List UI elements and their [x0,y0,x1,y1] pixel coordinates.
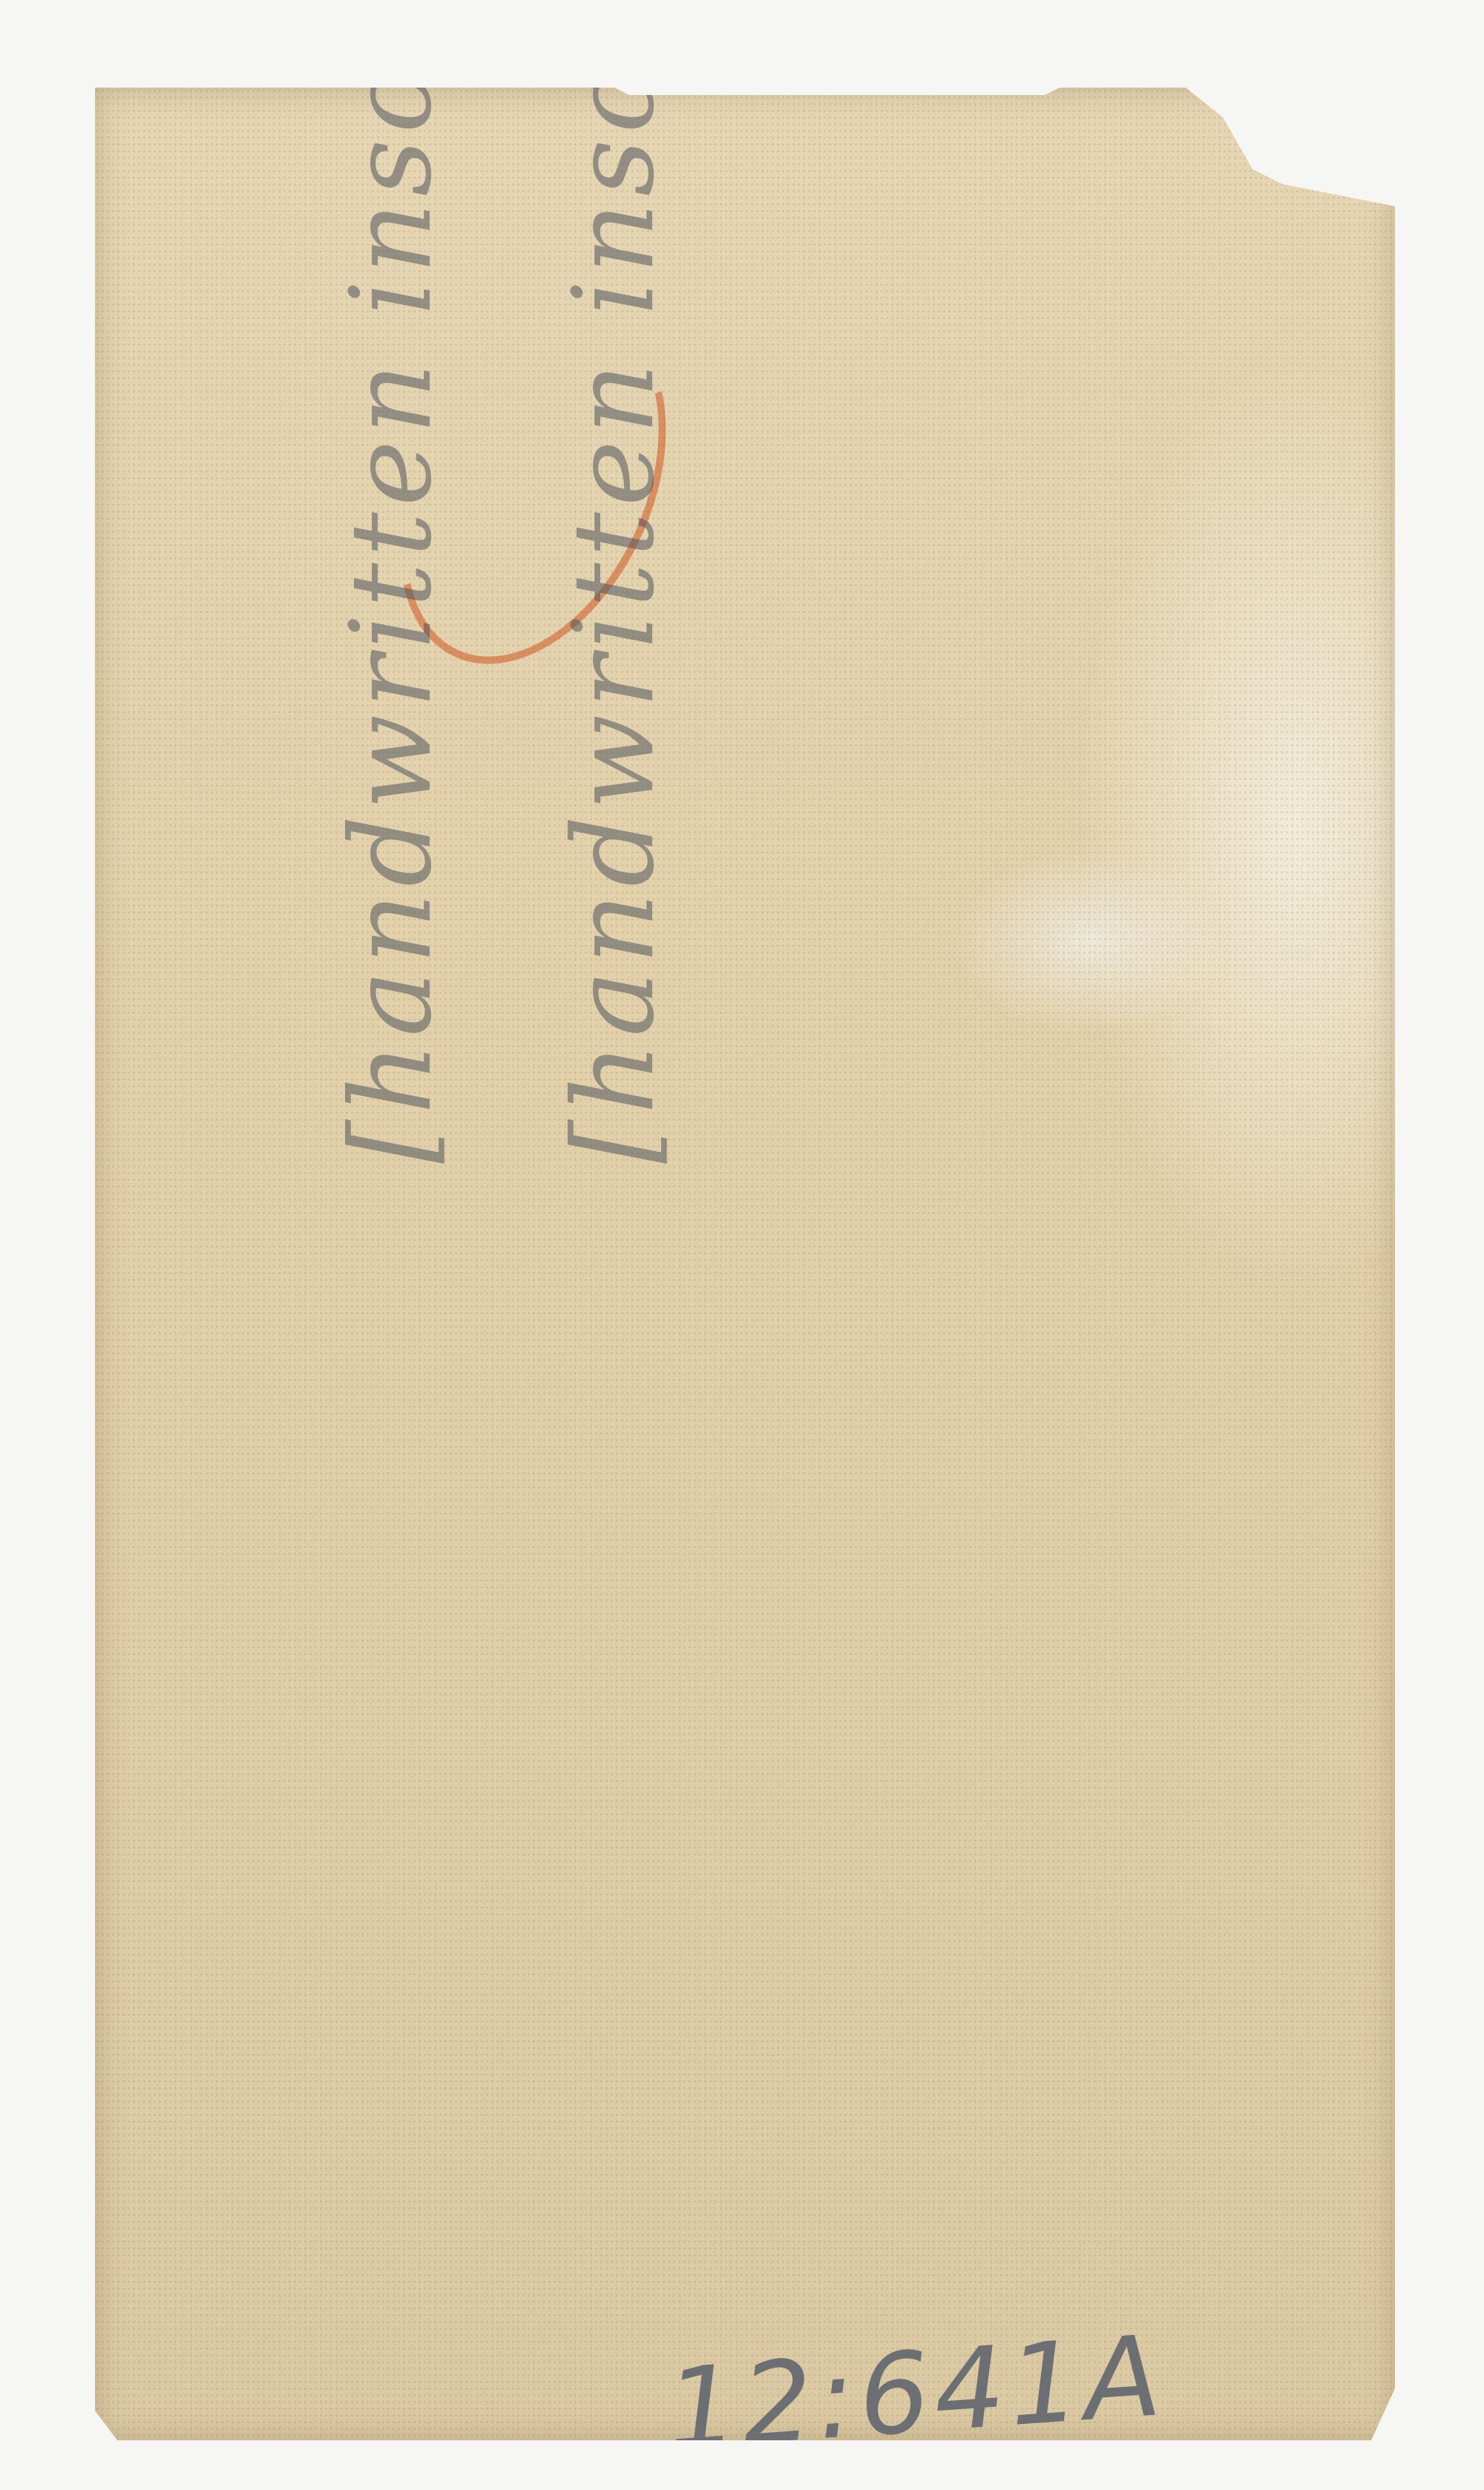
pencil-inscription: [handwritten inscription, line 1] [handw… [280,0,726,1164]
catalog-number: 12:641A [663,2312,1169,2475]
archival-card: [handwritten inscription, line 1] [handw… [95,88,1395,2440]
inscription-line-1: [handwritten inscription, line 1] [280,0,503,1164]
inscription-line-2: [handwritten inscription, line 2] [503,0,726,1164]
